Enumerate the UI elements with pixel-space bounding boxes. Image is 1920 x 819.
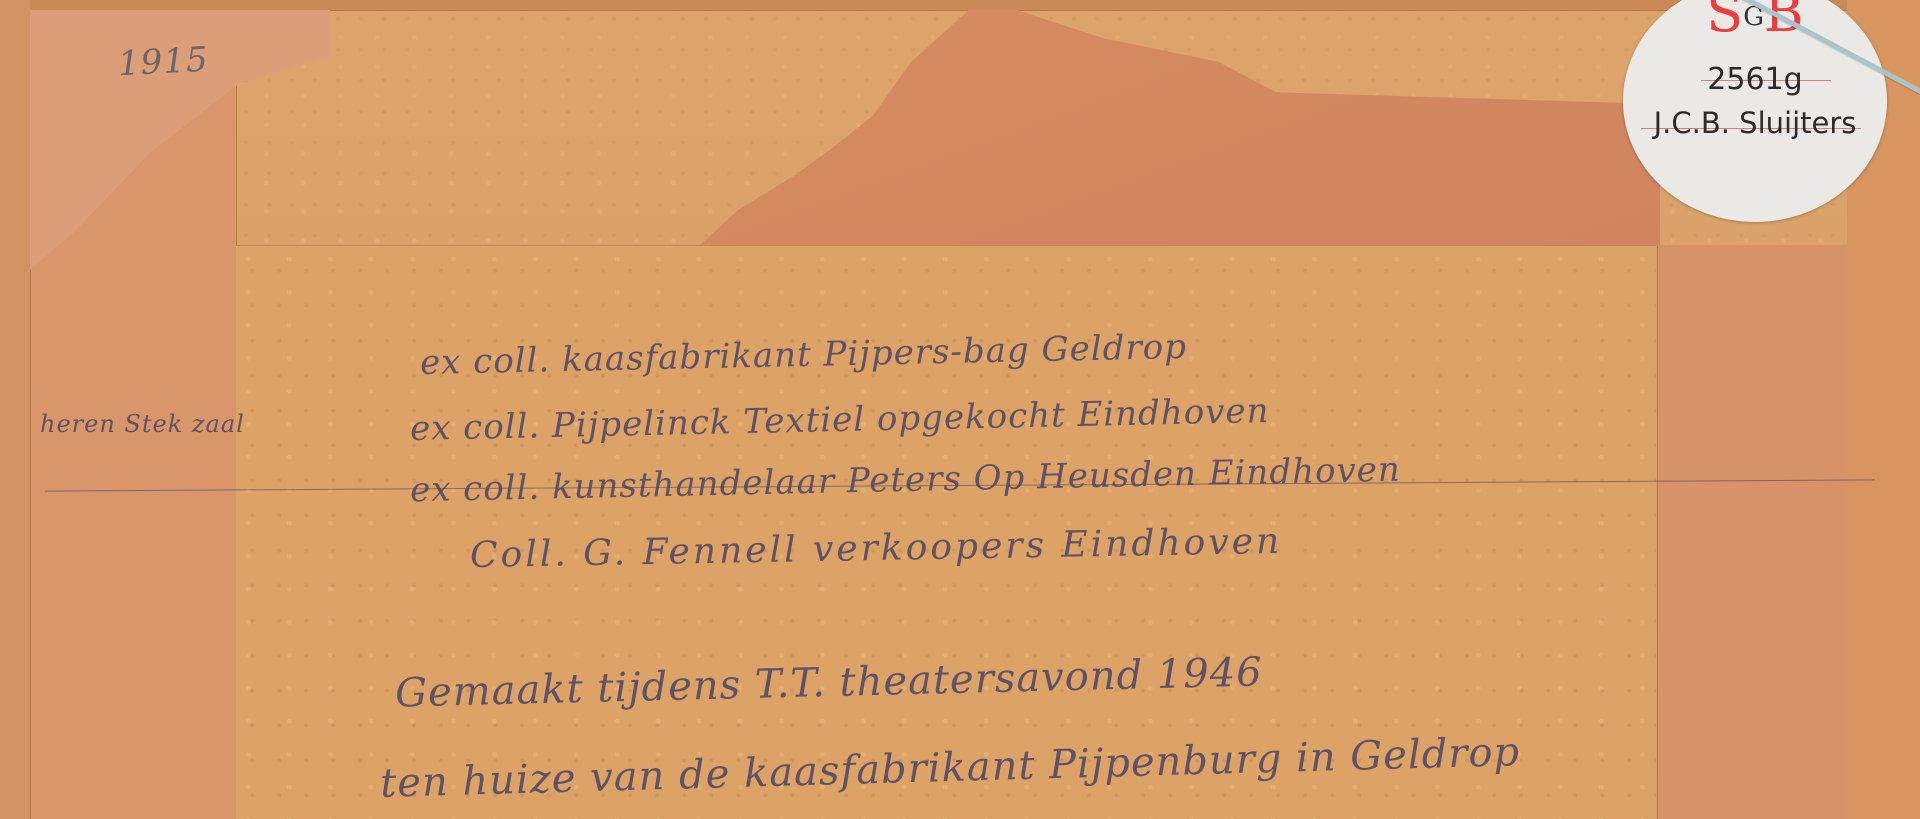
side-note: heren Stek zaal — [40, 410, 245, 438]
logo-letter-s: S — [1706, 0, 1743, 44]
artist-name: J.C.B. Sluijters — [1623, 106, 1887, 140]
left-edge-strip — [0, 0, 30, 819]
right-paper-tape — [1657, 245, 1849, 819]
inventory-number: 2561g — [1623, 62, 1887, 97]
year-inscription: 1915 — [117, 40, 210, 85]
